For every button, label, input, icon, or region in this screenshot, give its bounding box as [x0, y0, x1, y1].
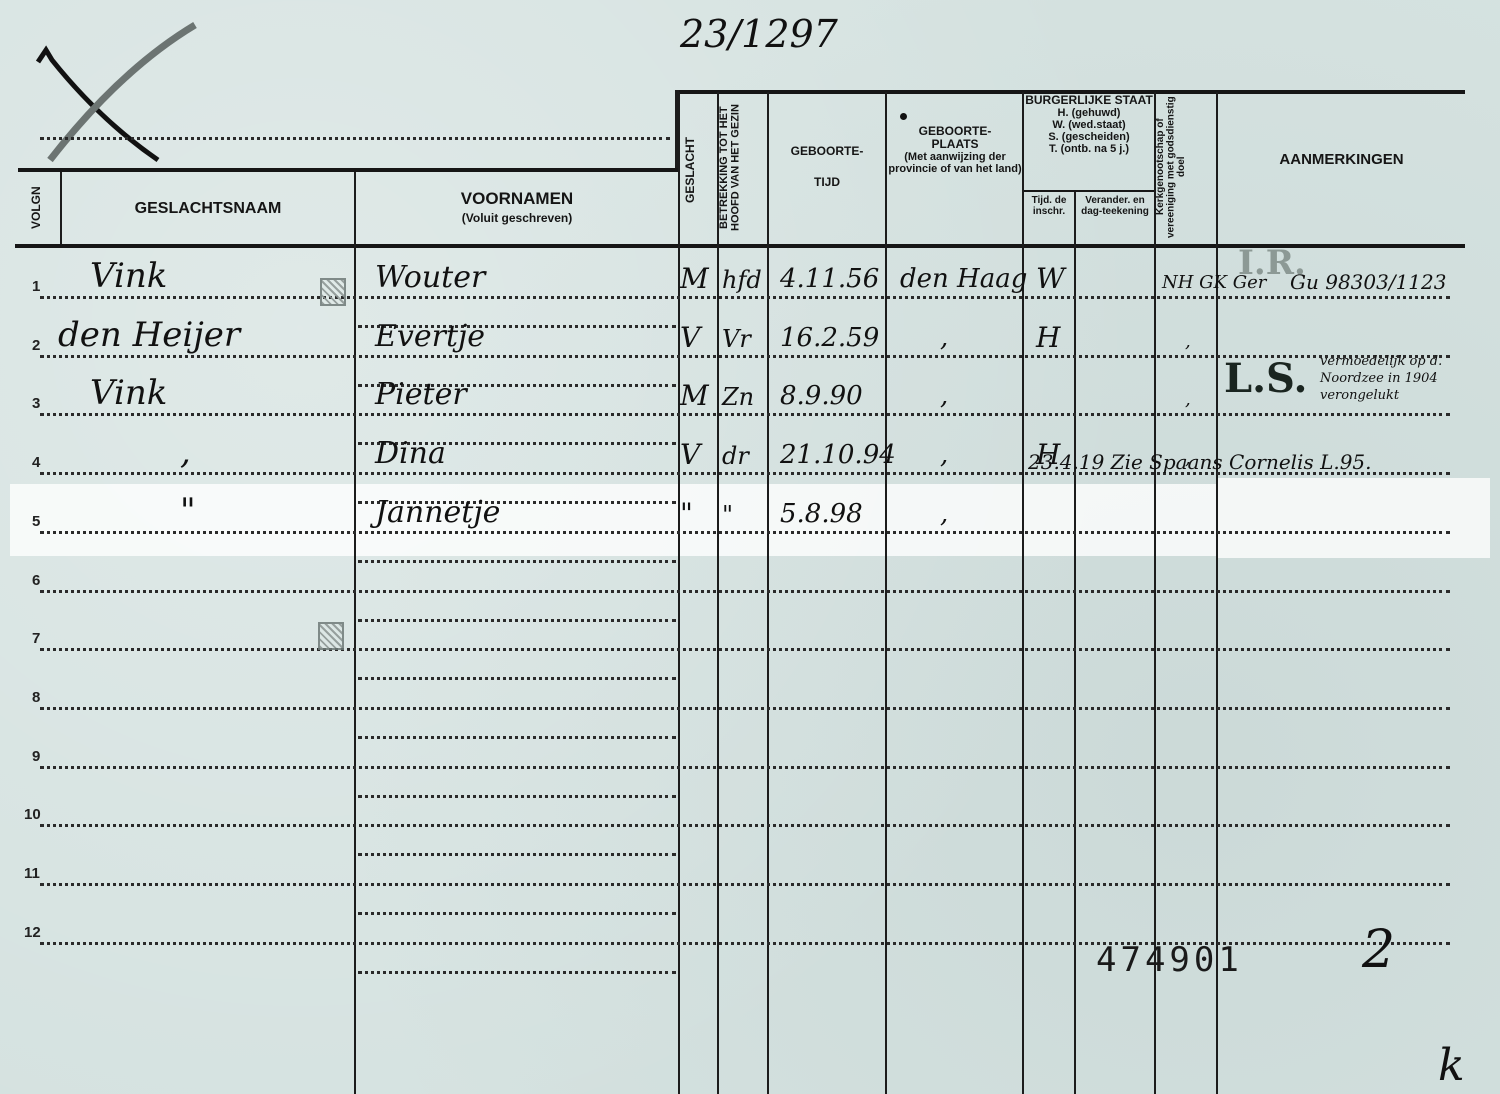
row-number: 5	[32, 513, 40, 530]
cell-given: Jannetje	[375, 495, 500, 530]
cell-surname: Vink	[90, 256, 167, 296]
row-number: 2	[32, 337, 40, 354]
half-row-dotted-line	[358, 912, 676, 915]
row-number: 3	[32, 395, 40, 412]
cell-birth-place: ,	[940, 381, 948, 411]
row-number: 12	[24, 924, 41, 941]
header-kerkgenootschap: Kerkgenootschap of vereeniging met godsd…	[1156, 94, 1214, 240]
cell-birth-date: 5.8.98	[780, 499, 863, 529]
row-dotted-line	[40, 590, 1450, 593]
cross-mark-icon	[30, 10, 200, 170]
bottom-signature: k	[1438, 1040, 1465, 1091]
checkbox-mark-icon	[320, 278, 346, 306]
cell-surname: ,	[180, 432, 191, 472]
row-dotted-line	[40, 824, 1450, 827]
cell-birth-date: 16.2.59	[780, 323, 879, 353]
page-mark: 2	[1362, 920, 1395, 980]
half-row-dotted-line	[358, 677, 676, 680]
header-dotted-line	[40, 137, 670, 140]
cell-birth-place: ,	[940, 440, 948, 470]
half-row-dotted-line	[358, 853, 676, 856]
header-aanmerkingen: AANMERKINGEN	[1218, 152, 1465, 169]
cell-given: Wouter	[375, 260, 485, 295]
half-row-dotted-line	[358, 736, 676, 739]
row-number: 6	[32, 572, 40, 589]
cell-sex: V	[680, 438, 700, 471]
header-voornamen-sub: (Voluit geschreven)	[356, 212, 678, 225]
header-top-border	[18, 168, 678, 172]
cell-given: Evertje	[375, 319, 485, 354]
cell-given: Pieter	[375, 377, 467, 412]
half-row-dotted-line	[358, 619, 676, 622]
row-number: 9	[32, 748, 40, 765]
remark-highlight	[1218, 478, 1490, 558]
cell-civil: W	[1036, 262, 1065, 295]
cell-relation: dr	[722, 442, 749, 470]
header-geboorteplaats: GEBOORTE- PLAATS (Met aanwijzing der pro…	[888, 125, 1022, 176]
bullet-icon	[900, 113, 907, 120]
row-dotted-line	[40, 883, 1450, 886]
half-row-dotted-line	[358, 795, 676, 798]
cell-birth-place: ,	[940, 499, 948, 529]
row-number: 1	[32, 278, 40, 295]
row-dotted-line	[40, 531, 1450, 534]
row-dotted-line	[40, 648, 1450, 651]
cell-relation: Vr	[722, 325, 751, 353]
row-number: 4	[32, 454, 40, 471]
cell-relation: hfd	[722, 266, 762, 294]
faint-stamp: I.R.	[1238, 243, 1306, 283]
cell-surname: Vink	[90, 373, 167, 413]
header-voornamen: VOORNAMEN	[356, 190, 678, 209]
cell-sex: M	[680, 379, 709, 412]
row-number: 11	[24, 865, 40, 882]
cell-given: Dina	[375, 436, 446, 471]
cell-change: 23.4.19 Zie Spaans Cornelis L.95.	[1028, 450, 1372, 474]
header-betrekking: BETREKKING TOT HET HOOFD VAN HET GEZIN	[719, 96, 765, 240]
cell-sex: V	[680, 321, 700, 354]
row-dotted-line	[40, 413, 1450, 416]
header-verandering: Verander. en dag-teekening	[1076, 195, 1154, 217]
row-dotted-line	[40, 766, 1450, 769]
half-row-dotted-line	[358, 971, 676, 974]
header-geslacht: GESLACHT	[684, 100, 712, 240]
header-burgerlijke-staat: BURGERLIJKE STAAT H. (gehuwd) W. (wed.st…	[1024, 94, 1154, 156]
header-geboortetijd: GEBOORTE- TIJD	[770, 145, 884, 189]
cell-remarks: vermoedelijk op d. Noordzee in 1904 vero…	[1320, 353, 1470, 404]
row-number: 8	[32, 689, 40, 706]
cell-relation: Zn	[722, 383, 754, 411]
cell-sex: "	[680, 497, 693, 530]
card-number: 23/1297	[680, 12, 838, 56]
cell-remarks: Gu 98303/1123	[1290, 270, 1446, 294]
cell-religion: ,	[1185, 331, 1191, 352]
cell-surname: "	[180, 491, 196, 531]
row-dotted-line	[40, 707, 1450, 710]
cell-sex: M	[680, 262, 709, 295]
cell-birth-date: 21.10.94	[780, 440, 896, 470]
cell-religion: ,	[1185, 389, 1191, 410]
row-dotted-line	[40, 296, 1450, 299]
header-volgnummer: VOLGN	[30, 176, 43, 240]
row-number: 7	[32, 630, 40, 647]
half-row-dotted-line	[358, 560, 676, 563]
stamp-number: 474901	[1096, 940, 1243, 980]
cell-birth-place: ,	[940, 323, 948, 353]
cell-civil: H	[1036, 321, 1060, 354]
header-tijd-inschrijving: Tijd. de inschr.	[1024, 195, 1074, 217]
checkbox-mark-icon	[318, 622, 344, 650]
ls-stamp: L.S.	[1224, 355, 1307, 402]
header-geslachtsnaam: GESLACHTSNAAM	[62, 200, 354, 218]
cell-surname: den Heijer	[58, 315, 240, 355]
cell-birth-date: 8.9.90	[780, 381, 863, 411]
cell-relation: "	[722, 501, 733, 529]
cell-birth-place: den Haag	[900, 264, 1027, 294]
cell-birth-date: 4.11.56	[780, 264, 879, 294]
row-number: 10	[24, 806, 41, 823]
